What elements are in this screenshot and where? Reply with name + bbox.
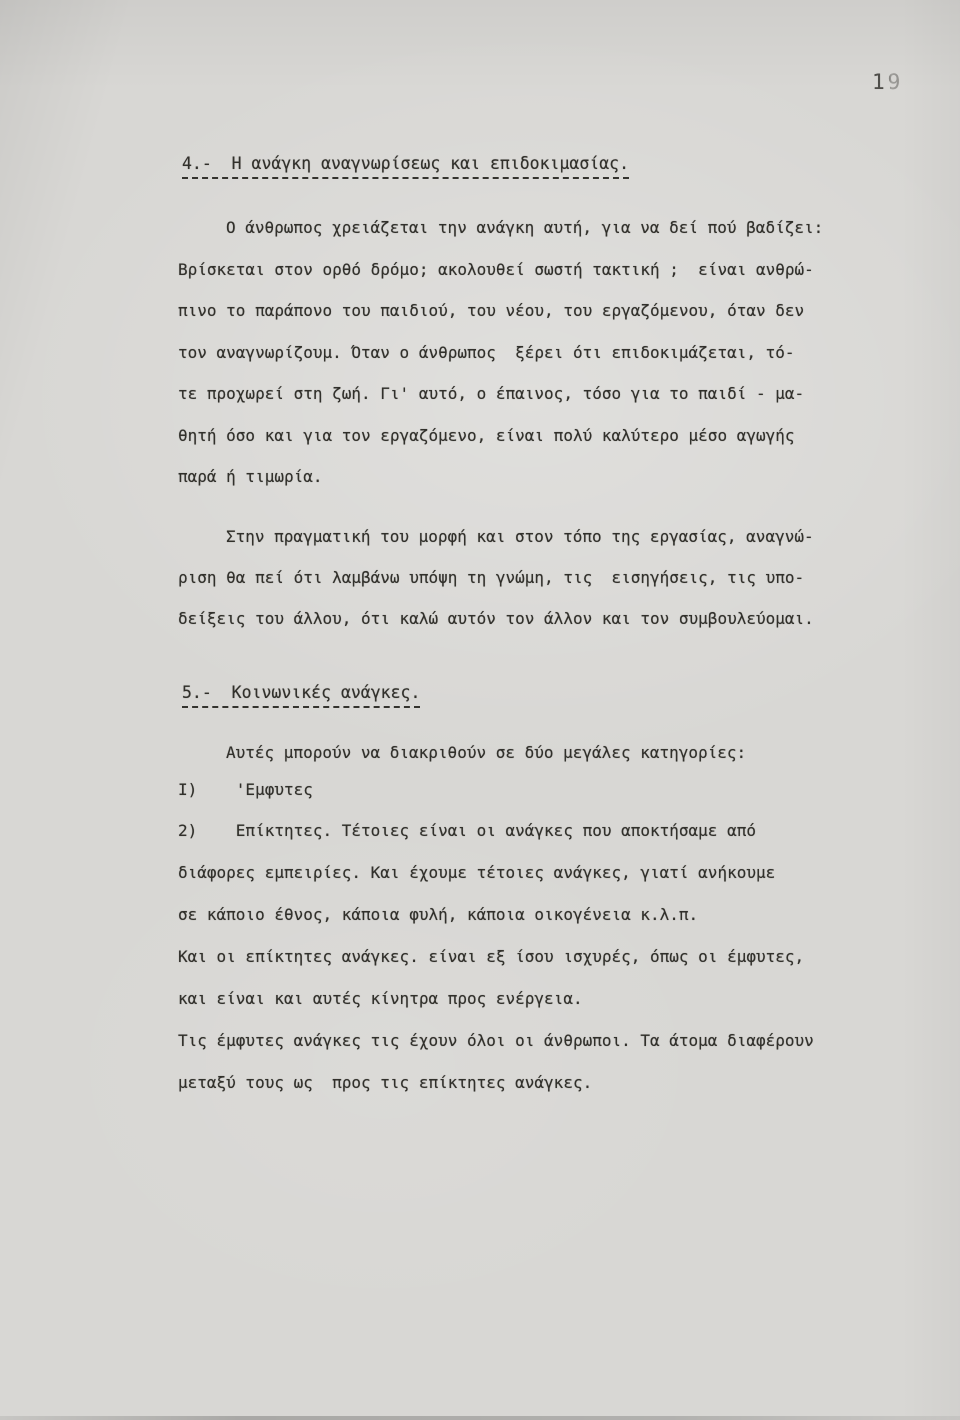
text-line: Βρίσκεται στον ορθό δρόμο; ακολουθεί σωσ… [178,249,823,291]
page-number: 19 [872,70,903,94]
text-line: Ι) 'Εμφυτες [178,769,313,811]
section-5-paragraph-3: Και οι επίκτητες ανάγκες. είναι εξ ίσου … [178,936,804,1020]
section-4-heading: 4.- Η ανάγκη αναγνωρίσεως και επιδοκιμασ… [182,154,629,179]
text-line: Και οι επίκτητες ανάγκες. είναι εξ ίσου … [178,936,804,978]
text-line: τε προχωρεί στη ζωή. Γι' αυτό, ο έπαινος… [178,373,823,415]
text-line: θητή όσο και για τον εργαζόμενο, είναι π… [178,415,823,457]
text-line: Στην πραγματική του μορφή και στον τόπο … [178,516,814,557]
section-5: 5.- Κοινωνικές ανάγκες. [182,683,420,708]
section-4-paragraph-2: Στην πραγματική του μορφή και στον τόπο … [178,516,814,639]
text-line: 2) Επίκτητες. Τέτοιες είναι οι ανάγκες π… [178,810,775,852]
text-line: Ο άνθρωπος χρειάζεται την ανάγκη αυτή, γ… [178,207,823,249]
section-4-paragraph-1: Ο άνθρωπος χρειάζεται την ανάγκη αυτή, γ… [178,207,823,498]
text-line: τον αναγνωρίζουμ. Όταν ο άνθρωπος ξέρει … [178,332,823,374]
section-5-intro: Αυτές μπορούν να διακριθούν σε δύο μεγάλ… [178,732,746,774]
text-line: Αυτές μπορούν να διακριθούν σε δύο μεγάλ… [178,732,746,774]
list-item-1: Ι) 'Εμφυτες [178,769,313,811]
text-line: σε κάποιο έθνος, κάποια φυλή, κάποια οικ… [178,894,775,936]
list-item-2: 2) Επίκτητες. Τέτοιες είναι οι ανάγκες π… [178,810,775,936]
text-line: Τις έμφυτες ανάγκες τις έχουν όλοι οι άν… [178,1020,814,1062]
text-line: πινο το παράπονο του παιδιού, του νέου, … [178,290,823,332]
section-5-heading: 5.- Κοινωνικές ανάγκες. [182,683,420,708]
text-line: διάφορες εμπειρίες. Και έχουμε τέτοιες α… [178,852,775,894]
text-line: ριση θα πεί ότι λαμβάνω υπόψη τη γνώμη, … [178,557,814,598]
text-line: παρά ή τιμωρία. [178,456,823,498]
text-line: δείξεις του άλλου, ότι καλώ αυτόν τον άλ… [178,598,814,639]
text-line: και είναι και αυτές κίνητρα προς ενέργει… [178,978,804,1020]
section-4: 4.- Η ανάγκη αναγνωρίσεως και επιδοκιμασ… [182,154,629,179]
section-5-paragraph-4: Τις έμφυτες ανάγκες τις έχουν όλοι οι άν… [178,1020,814,1104]
text-line: μεταξύ τους ως προς τις επίκτητες ανάγκε… [178,1062,814,1104]
scanned-document-page: 19 4.- Η ανάγκη αναγνωρίσεως και επιδοκι… [0,0,960,1420]
